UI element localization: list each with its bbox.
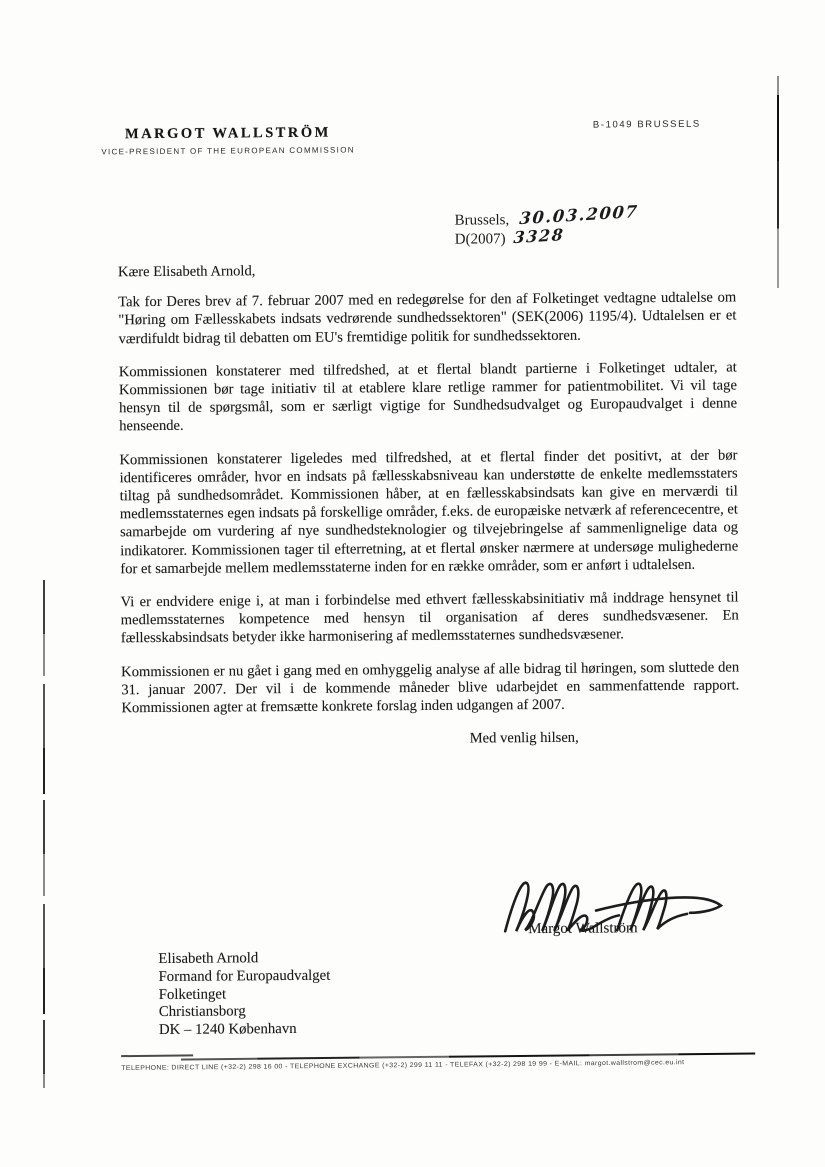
paragraph-5: Kommissionen er nu gået i gang med en om…: [121, 658, 739, 717]
letter-body: Kære Elisabeth Arnold, Tak for Deres bre…: [118, 258, 740, 750]
footer-rule-fragment: [121, 1054, 193, 1057]
dateline-ref-row: D(2007)3328: [455, 228, 638, 248]
recipient-address: Elisabeth Arnold Formand for Europaudval…: [158, 950, 330, 1040]
recipient-institution: Folketinget: [159, 985, 331, 1004]
place-label: Brussels,: [455, 212, 510, 228]
handwritten-date: 30.03.2007: [518, 203, 639, 228]
recipient-building: Christiansborg: [159, 1003, 331, 1022]
salutation: Kære Elisabeth Arnold,: [118, 258, 736, 281]
letterhead-address: B-1049 BRUSSELS: [593, 119, 701, 131]
sender-name: MARGOT WALLSTRÖM: [92, 124, 364, 143]
recipient-name: Elisabeth Arnold: [158, 950, 330, 969]
letterhead: MARGOT WALLSTRÖM VICE-PRESIDENT OF THE E…: [92, 124, 364, 156]
recipient-role: Formand for Europaudvalget: [158, 967, 330, 986]
ref-label: D(2007): [455, 231, 506, 247]
paragraph-1: Tak for Deres brev af 7. februar 2007 me…: [118, 289, 736, 348]
sender-title: VICE-PRESIDENT OF THE EUROPEAN COMMISSIO…: [92, 145, 364, 156]
signature-block: Margot Wallström: [500, 868, 731, 939]
valediction: Med venlig hilsen,: [470, 728, 740, 748]
paragraph-3: Kommissionen konstaterer ligeledes med t…: [119, 446, 738, 578]
signature-name: Margot Wallström: [528, 920, 730, 939]
paragraph-2: Kommissionen konstaterer med tilfredshed…: [119, 358, 738, 436]
dateline: Brussels,30.03.2007 D(2007)3328: [455, 209, 638, 248]
handwritten-ref-number: 3328: [513, 226, 565, 247]
scan-content: MARGOT WALLSTRÖM VICE-PRESIDENT OF THE E…: [0, 0, 825, 1167]
page-footer: TELEPHONE: DIRECT LINE (+32-2) 298 16 00…: [117, 1044, 755, 1072]
recipient-city: DK – 1240 København: [159, 1021, 331, 1040]
footer-contact-line: TELEPHONE: DIRECT LINE (+32-2) 298 16 00…: [121, 1059, 755, 1072]
paragraph-4: Vi er endvidere enige i, at man i forbin…: [121, 588, 739, 647]
scanned-letter-page: MARGOT WALLSTRÖM VICE-PRESIDENT OF THE E…: [0, 0, 825, 1167]
